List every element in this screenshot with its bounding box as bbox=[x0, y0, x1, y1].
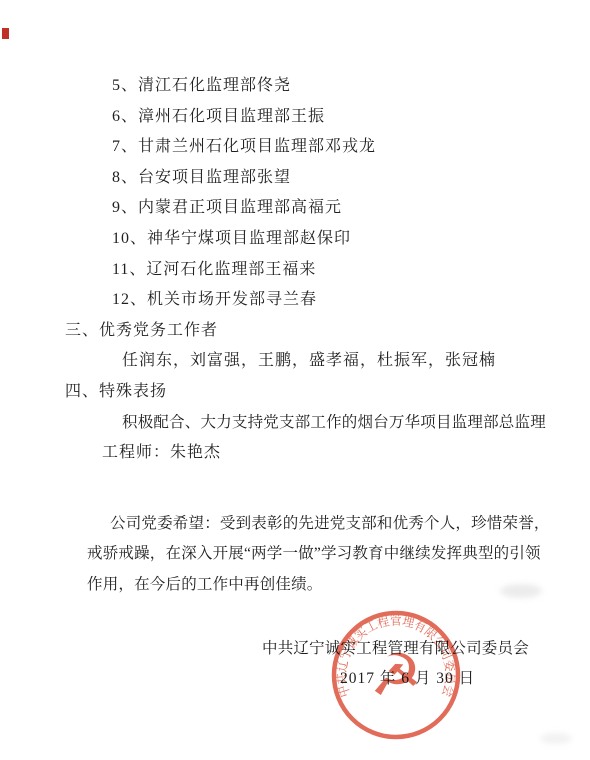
list-item-7: 7、甘肃兰州石化项目监理部邓戎龙 bbox=[112, 132, 570, 163]
spacer bbox=[65, 469, 570, 509]
list-item-10: 10、神华宁煤项目监理部赵保印 bbox=[112, 224, 570, 255]
list-item-9: 9、内蒙君正项目监理部高福元 bbox=[112, 193, 570, 224]
list-item-12: 12、机关市场开发部寻兰春 bbox=[112, 285, 570, 316]
document-body: 5、清江石化监理部佟尧 6、漳州石化项目监理部王振 7、甘肃兰州石化项目监理部邓… bbox=[65, 71, 570, 695]
list-item-5: 5、清江石化监理部佟尧 bbox=[112, 71, 570, 102]
section-3-names: 任润东，刘富强，王鹏，盛孝福，杜振军，张冠楠 bbox=[122, 346, 570, 377]
official-seal: 中共辽宁诚实工程管理有限公司委员会 ☭ bbox=[326, 605, 466, 745]
document-page: 5、清江石化监理部佟尧 6、漳州石化项目监理部王振 7、甘肃兰州石化项目监理部邓… bbox=[0, 0, 590, 760]
list-item-11: 11、辽河石化监理部王福来 bbox=[112, 255, 570, 286]
scan-smudge bbox=[540, 733, 572, 744]
section-3-heading: 三、优秀党务工作者 bbox=[65, 316, 570, 347]
spacer bbox=[65, 601, 570, 634]
closing-paragraph-line-3: 作用，在今后的工作中再创佳绩。 bbox=[87, 570, 570, 601]
list-item-6: 6、漳州石化项目监理部王振 bbox=[112, 102, 570, 133]
scan-red-artifact bbox=[2, 28, 9, 39]
closing-paragraph-line-1: 公司党委希望：受到表彰的先进党支部和优秀个人，珍惜荣誉， bbox=[110, 509, 570, 540]
section-4-text-line-2: 工程师：朱艳杰 bbox=[102, 438, 570, 469]
hammer-sickle-icon: ☭ bbox=[370, 641, 422, 709]
list-item-8: 8、台安项目监理部张望 bbox=[112, 163, 570, 194]
section-4-heading: 四、特殊表扬 bbox=[65, 377, 570, 408]
closing-paragraph-line-2: 戒骄戒躁，在深入开展“两学一做”学习教育中继续发挥典型的引领 bbox=[87, 539, 570, 570]
section-4-text-line-1: 积极配合、大力支持党支部工作的烟台万华项目监理部总监理 bbox=[122, 408, 570, 439]
